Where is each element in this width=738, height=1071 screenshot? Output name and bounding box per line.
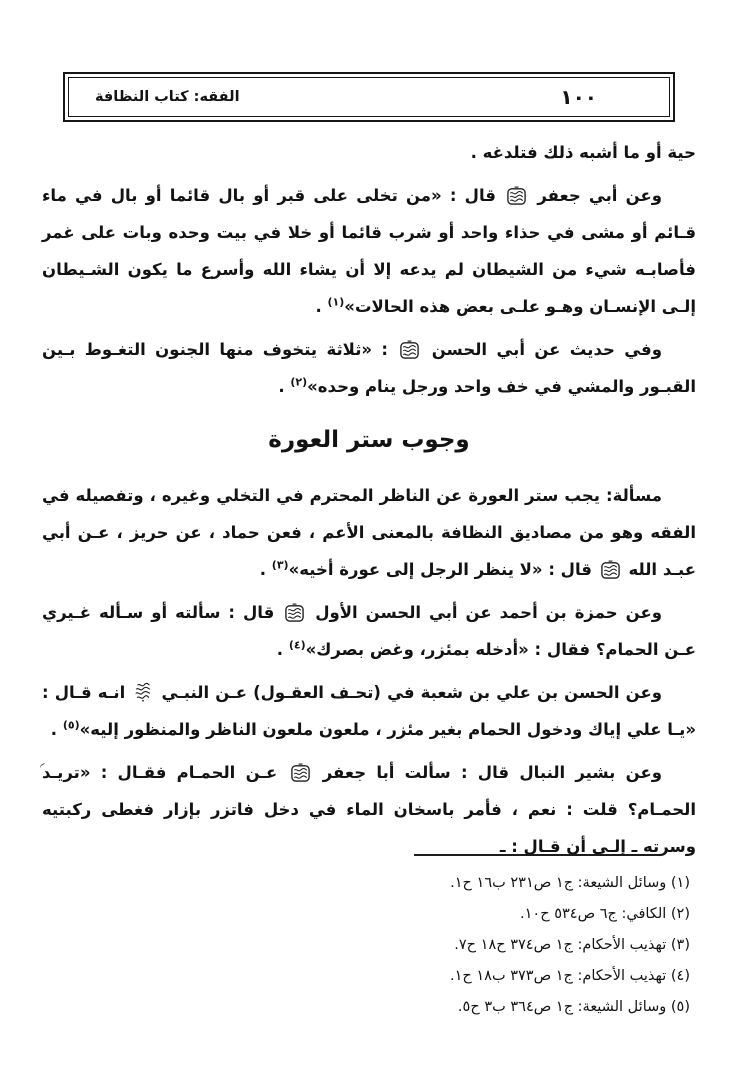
body-paragraph: مسألة: يجب ستر العورة عن الناظر المحترم …	[42, 477, 696, 588]
page-number: ١٠٠	[560, 85, 597, 109]
running-head-inner: ١٠٠ الفقه: كتاب النظافة	[68, 77, 670, 117]
footnote: (٢) الكافي: ج٦ ص٥٣٤ ح١٠.	[42, 899, 696, 930]
body-paragraph: وفي حديث عن أبي الحسن : «ثلاثة يتخوف منه…	[42, 331, 696, 405]
footnote-ref: (٤)	[289, 639, 306, 652]
alayhi-as-salam-seal-icon	[284, 602, 305, 623]
alayhi-as-salam-seal-icon	[506, 185, 527, 206]
running-head-box: ١٠٠ الفقه: كتاب النظافة	[63, 72, 675, 122]
footnote-ref: (٥)	[63, 719, 80, 732]
footnote-separator	[414, 854, 660, 856]
alayhi-as-salam-seal-icon	[290, 762, 311, 783]
footnotes-block: (١) وسائل الشيعة: ج١ ص٢٣١ ب١٦ ح١. (٢) ال…	[42, 854, 696, 1023]
paragraph-lead: مسألة:	[606, 486, 662, 505]
body-paragraph: وعن أبي جعفر قال : «من تخلى على قبر أو ب…	[42, 177, 696, 325]
footnote: (٣) تهذيب الأحكام: ج١ ص٣٧٤ ح١٨ ح٧.	[42, 930, 696, 961]
body-paragraph: وعن بشير النبال قال : سألت أبا جعفر عـن …	[42, 754, 696, 865]
footnote: (١) وسائل الشيعة: ج١ ص٢٣١ ب١٦ ح١.	[42, 868, 696, 899]
body-paragraph: وعن حمزة بن أحمد عن أبي الحسن الأول قال …	[42, 594, 696, 668]
book-page: ١٠٠ الفقه: كتاب النظافة حية أو ما أشبه ذ…	[0, 0, 738, 1071]
section-heading: وجوب ستر العورة	[42, 422, 696, 459]
body-paragraph: وعن الحسن بن علي بن شعبة في (تحـف العقـو…	[42, 674, 696, 748]
body-paragraph: حية أو ما أشبه ذلك فتلدغه .	[42, 134, 696, 171]
running-head-title: الفقه: كتاب النظافة	[95, 89, 240, 105]
alayhi-as-salam-seal-icon	[399, 339, 420, 360]
footnote-ref: (١)	[328, 296, 345, 309]
alayhi-as-salam-seal-icon	[600, 559, 621, 580]
page-body: حية أو ما أشبه ذلك فتلدغه . وعن أبي جعفر…	[42, 134, 696, 871]
footnote: (٥) وسائل الشيعة: ج١ ص٣٦٤ ب٣ ح٥.	[42, 992, 696, 1023]
footnote-ref: (٢)	[290, 376, 307, 389]
footnote-ref: (٣)	[272, 559, 289, 572]
footnote: (٤) تهذيب الأحكام: ج١ ص٣٧٣ ب١٨ ح١.	[42, 961, 696, 992]
salla-allah-alayhi-wa-alih-seal-icon	[133, 681, 153, 703]
